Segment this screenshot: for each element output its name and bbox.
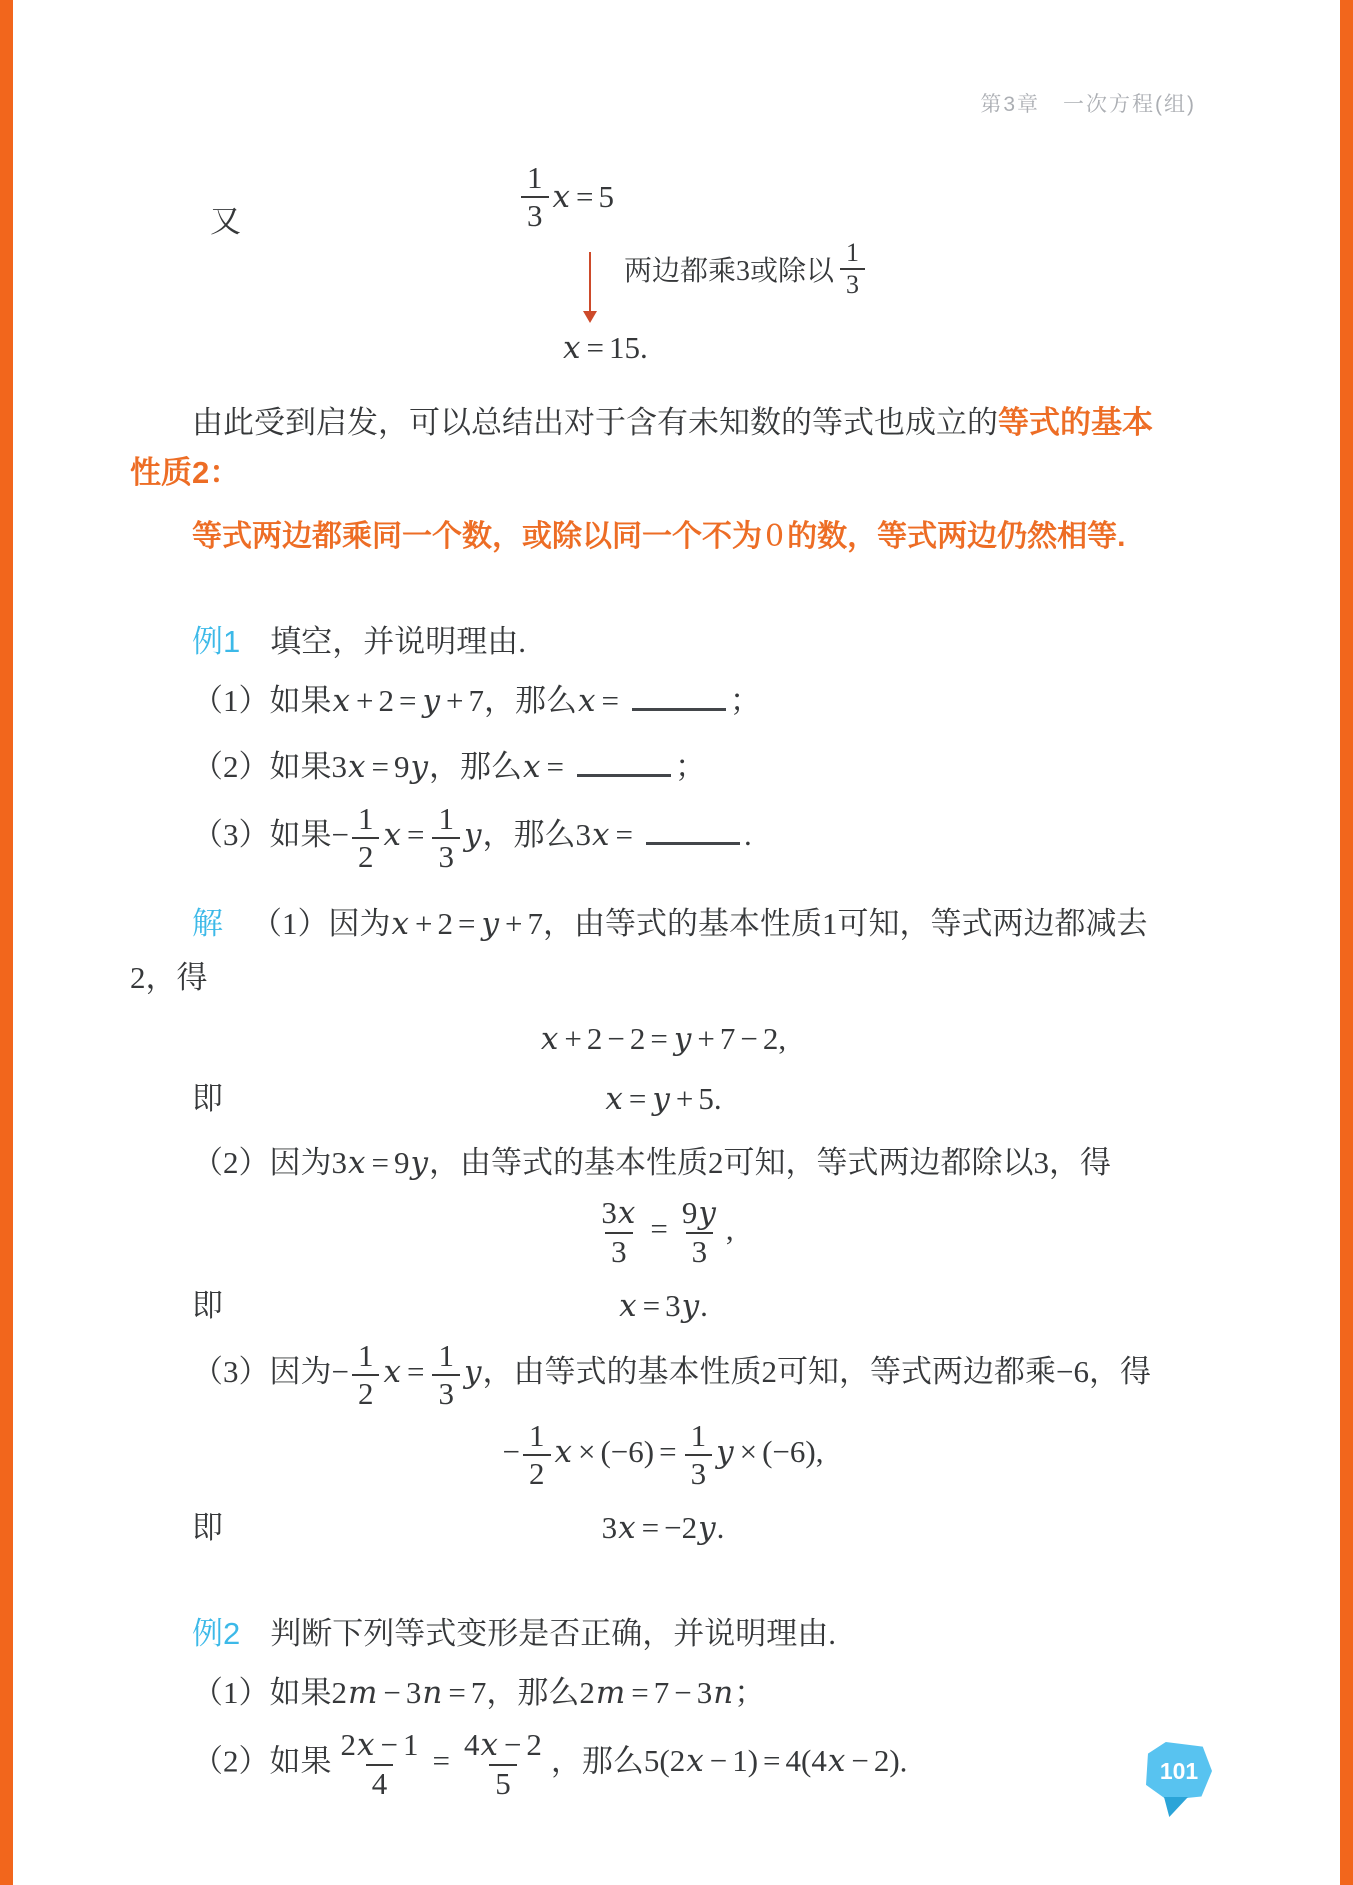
item-math: 5(2x−1)=4(4x−2) [644,1743,900,1778]
solution-part1-line1: 解（1）因为x+2=y+7，由等式的基本性质1可知，等式两边都减去 [130,899,1196,949]
minus-sign: − [503,1434,520,1469]
example2-item-1: （1）如果2m−3n=7，那么2m=7−3n； [130,1667,1196,1719]
page-number: 101 [1160,1758,1198,1785]
solution-text: （1）因为 [251,906,391,941]
solution-part2-equation: 3x3=9y3, [130,1195,1196,1270]
answer-blank [577,769,671,777]
derivation-block: 又 1 3 x=5 两边都乘3或除以 1 3 x=15. [130,148,1196,384]
solution-part1-equation: x+2−2=y+7−2, [130,1015,1196,1063]
display-equation: x+2−2=y+7−2, [540,1021,786,1056]
left-edge-bar [0,0,13,1885]
example2-title: 判断下列等式变形是否正确，并说明理由. [270,1616,836,1651]
display-equation: x=y+5. [604,1081,721,1116]
solution-part3-result: 即 3x=−2y. [130,1504,1196,1552]
transform-note-text: 两边都乘3或除以 [624,249,834,289]
item-math: 3x=9y [332,749,429,784]
example1-item-1: （1）如果x+2=y+7，那么x=； [130,675,1196,727]
item-math: x= [577,683,624,718]
item-text: ，那么 [486,1675,579,1710]
example1-label: 例1 [192,624,240,659]
then-label: 即 [192,1075,223,1123]
item-math: x+2=y+7 [332,683,484,718]
item-text: （1）如果 [192,683,332,718]
badge-tail-icon [1164,1797,1188,1817]
item-text: ，那么 [429,749,522,784]
fraction: 1 3 [840,238,865,300]
example2-item-2: （2）如果2x−14=4x−25，那么5(2x−1)=4(4x−2). [130,1727,1196,1802]
equals-sign: = [427,1743,454,1778]
solution-part2-line1: （2）因为3x=9y，由等式的基本性质2可知，等式两边都除以3，得 [130,1137,1196,1189]
solution-part1-result: 即 x=y+5. [130,1075,1196,1123]
down-arrow-icon [589,252,591,312]
solution-text: （3）因为 [192,1354,332,1389]
display-equation: x×(−6)= [554,1434,682,1469]
item-text: ，那么 [482,817,575,852]
fraction: 13 [685,1418,713,1492]
fraction: 1 3 [521,160,549,234]
item-text: （2）如果 [192,1743,332,1778]
solution-math: x+2=y+7 [391,906,543,941]
solution-text: ，由等式的基本性质2可知，等式两边都除以3，得 [429,1145,1111,1180]
item-punct: ； [675,749,706,784]
intro-highlight: 等式的基本 [998,405,1153,440]
intro-paragraph-line1: 由此受到启发，可以总结出对于含有未知数的等式也成立的等式的基本 [130,398,1196,448]
example1-title: 填空，并说明理由. [270,624,526,659]
item-punct: ； [734,1675,765,1710]
solution-part2-result: 即 x=3y. [130,1282,1196,1330]
solution-math: − [332,1354,349,1389]
property-zero: 0 [762,519,787,554]
display-equation: x=3y. [618,1288,708,1323]
example1-heading: 例1填空，并说明理由. [130,616,1196,661]
property-statement: 等式两边都乘同一个数，或除以同一个不为0的数，等式两边仍然相等. [130,514,1196,560]
solution-part3-line1: （3）因为−12x=13y，由等式的基本性质2可知，等式两边都乘−6，得 [130,1338,1196,1412]
fraction: 12 [352,801,380,875]
item-text: ，那么 [484,683,577,718]
solution-text: （2）因为 [192,1145,332,1180]
fraction: 12 [352,1338,380,1412]
transform-note: 两边都乘3或除以 1 3 [624,238,868,300]
item-text: （3）如果 [192,817,332,852]
fraction: 13 [432,801,460,875]
item-math: 2m=7−3n [579,1675,734,1710]
example2-label: 例2 [192,1616,240,1651]
equation-one-third-x: 1 3 x=5 [518,160,614,234]
example2-heading: 例2判断下列等式变形是否正确，并说明理由. [130,1608,1196,1653]
then-label: 即 [192,1504,223,1552]
fraction: 4x−25 [458,1727,548,1802]
page-content: 第3章 一次方程(组) 又 1 3 x=5 两边都乘3或除以 1 3 x=15.… [130,0,1196,1802]
item-math: − [332,817,349,852]
solution-math: y [463,1354,483,1389]
display-equation: 3x=−2y. [602,1510,725,1545]
item-text: ，那么 [551,1743,644,1778]
item-punct: . [744,817,752,852]
fraction: 3x3 [595,1195,642,1270]
item-math: 2m−3n=7 [332,1675,487,1710]
chapter-header: 第3章 一次方程(组) [130,88,1196,118]
property-text-pre: 等式两边都乘同一个数，或除以同一个不为 [192,520,762,553]
item-math: x= [522,749,569,784]
result-equation: x=15. [562,330,648,366]
display-equation: y×(−6), [715,1434,823,1469]
fraction: 9y3 [676,1195,723,1270]
example1-item-3: （3）如果−12x=13y，那么3x=. [130,801,1196,875]
property-text-post: 的数，等式两边仍然相等. [787,520,1125,553]
solution-text: ，由等式的基本性质1可知，等式两边都减去 [543,906,1148,941]
item-text: （1）如果 [192,1675,332,1710]
solution-label: 解 [192,906,223,941]
right-edge-bar [1340,0,1353,1885]
solution-part3-equation: −12x×(−6)=13y×(−6), [130,1418,1196,1492]
then-label: 即 [192,1282,223,1330]
item-punct: . [900,1743,908,1778]
page-number-badge: 101 [1146,1742,1212,1822]
equation-rhs: x=5 [552,179,614,215]
solution-part1-line2: 2，得 [130,953,1196,1003]
answer-blank [646,837,740,845]
intro-text: 由此受到启发，可以总结出对于含有未知数的等式也成立的 [192,405,998,440]
solution-text: ，由等式的基本性质2可知，等式两边都乘−6，得 [482,1354,1150,1389]
solution-math: x= [382,1354,429,1389]
equation-tail: , [726,1211,734,1246]
badge-gem-icon: 101 [1146,1742,1212,1800]
equals-sign: = [645,1211,672,1246]
item-math: 3x= [575,817,637,852]
fraction: 13 [432,1338,460,1412]
lead-character: 又 [210,196,241,241]
intro-paragraph-line2: 性质2： [130,448,1196,498]
example1-item-2: （2）如果3x=9y，那么x=； [130,741,1196,793]
item-text: （2）如果 [192,749,332,784]
solution-math: 3x=9y [332,1145,429,1180]
item-math: y [463,817,483,852]
fraction: 2x−14 [335,1727,425,1802]
fraction: 12 [523,1418,551,1492]
answer-blank [632,703,726,711]
intro-highlight-2: 性质2： [130,455,240,490]
item-math: x= [382,817,429,852]
item-punct: ； [730,683,761,718]
